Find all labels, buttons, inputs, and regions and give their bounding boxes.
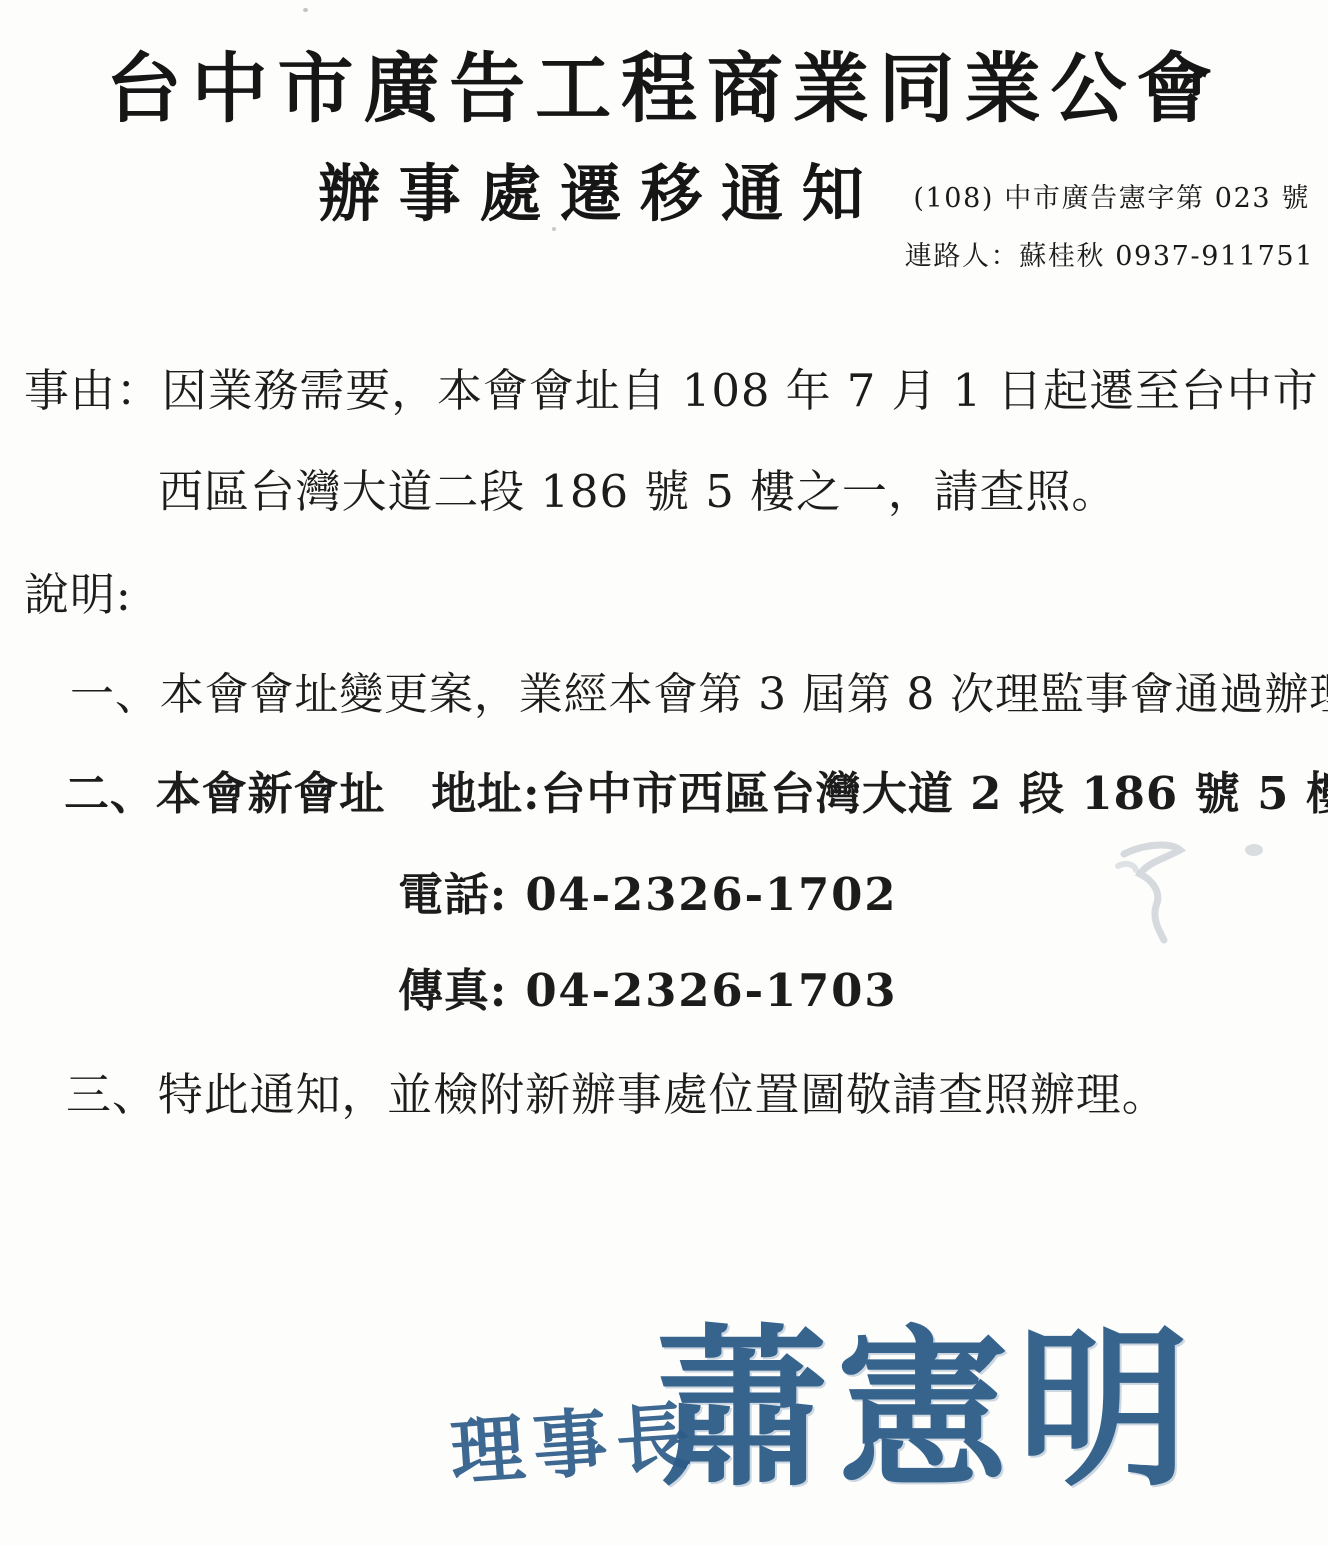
document-title: 台中市廣告工程商業同業公會 [0,28,1328,137]
subject-line-2: 西區台灣大道二段 186 號 5 樓之一，請查照。 [158,455,1117,520]
phone-line: 電話:04-2326-1702 [398,858,897,923]
document-subtitle: 辦事處遷移通知 [318,144,882,233]
chairman-signature-stamp: 理事長 蕭憲明 [0,1258,1328,1546]
list-item-3: 三、特此通知，並檢附新辦事處位置圖敬請查照辦理。 [66,1058,1168,1123]
list-item-1: 一、本會會址變更案，業經本會第 3 屆第 8 次理監事會通過辦理。 [70,658,1328,722]
fax-line: 傳真:04-2326-1703 [398,954,897,1019]
reference-number: (108) 中市廣告憲字第 023 號 [913,176,1310,215]
pencil-smudge-mark [1082,822,1322,947]
phone-label: 電話: [398,868,507,921]
list-item-2: 二、本會新會址 地址:台中市西區台灣大道 2 段 186 號 5 樓之 1 [64,757,1328,822]
notice-document-page: 台中市廣告工程商業同業公會 辦事處遷移通知 (108) 中市廣告憲字第 023 … [0,0,1328,1546]
explanation-heading: 說明: [24,558,132,623]
subject-line-1: 事由：因業務需要，本會會址自 108 年 7 月 1 日起遷至台中市 [24,354,1319,419]
scan-speck [303,8,308,12]
stamp-chairman-name: 蕭憲明 [656,1272,1198,1519]
contact-person-line: 連路人：蘇桂秋 0937-911751 [905,234,1314,273]
fax-label: 傳真: [398,964,507,1017]
fax-number: 04-2326-1703 [525,964,897,1017]
phone-number: 04-2326-1702 [525,868,897,921]
